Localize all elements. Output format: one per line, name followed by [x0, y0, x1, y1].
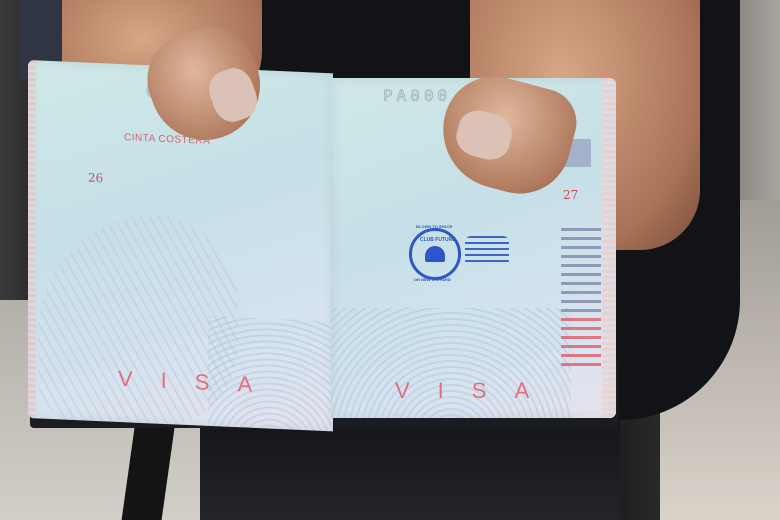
security-bar-red: [561, 327, 601, 330]
security-bar: [561, 309, 601, 312]
capsule-icon: [425, 246, 445, 262]
security-bar: [561, 291, 601, 294]
page-edge: [28, 60, 36, 418]
visa-heading: VISA: [395, 378, 557, 404]
stamp-top-text: BLOWN TO SPACE: [416, 224, 452, 229]
security-bar: [561, 282, 601, 285]
stamp-middle-text: CLUB FUTURE: [420, 237, 456, 243]
perforated-number: PA000: [383, 86, 451, 105]
stamp-circle: BLOWN TO SPACE CLUB FUTURE ON NEW SHEPAR…: [409, 228, 461, 280]
security-bar-red: [561, 318, 601, 321]
security-bar: [561, 228, 601, 231]
security-bars: [561, 228, 601, 398]
page-number: 27: [563, 188, 578, 202]
page-number: 26: [88, 171, 103, 186]
security-bar-red: [561, 354, 601, 357]
club-future-stamp: BLOWN TO SPACE CLUB FUTURE ON NEW SHEPAR…: [409, 228, 461, 280]
thumbnail: [452, 106, 516, 164]
security-bar-red: [561, 336, 601, 339]
security-bar-red: [561, 363, 601, 366]
security-bar-red: [561, 345, 601, 348]
page-edge: [602, 78, 616, 418]
stamp-bottom-text: ON NEW SHEPARD: [414, 277, 451, 282]
postmark-wavy-lines: [465, 236, 509, 266]
security-bar: [561, 300, 601, 303]
security-bar: [561, 237, 601, 240]
security-bar: [561, 264, 601, 267]
security-bar: [561, 273, 601, 276]
security-bar: [561, 255, 601, 258]
security-bar: [561, 246, 601, 249]
photo-scene: 0G FM1 CINTA COSTERA 26 VISA PA000 27 BL…: [0, 0, 780, 520]
